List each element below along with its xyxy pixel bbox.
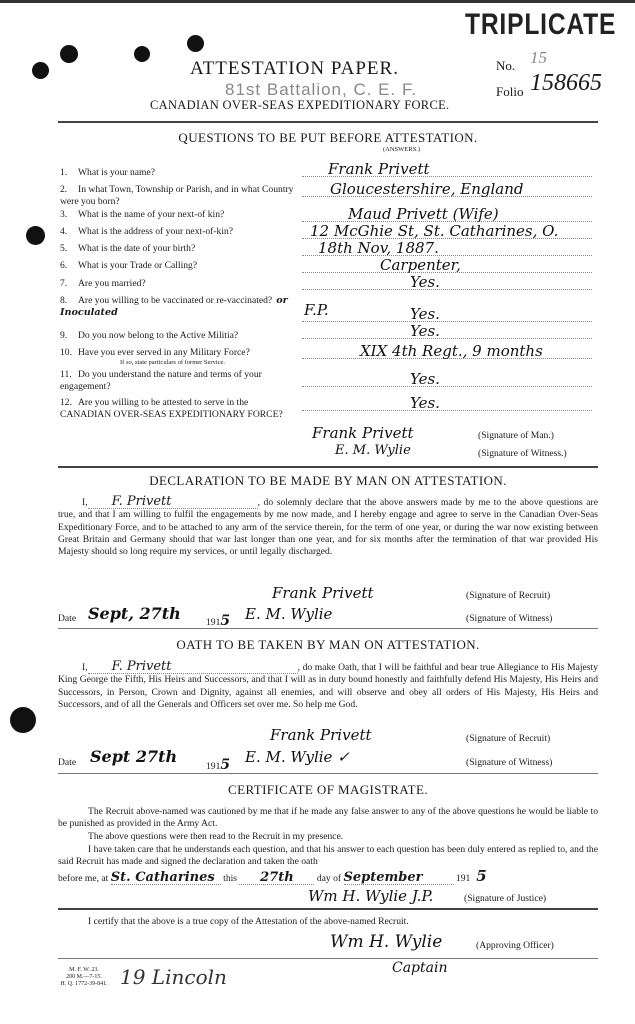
oath-signature-witness: E. M. Wylie ✓ (245, 748, 350, 766)
question-item: 3.What is the name of your next-of kin? (60, 209, 300, 221)
answer-line (302, 338, 592, 339)
answer-line (302, 321, 592, 322)
magistrate-para1: The Recruit above-named was cautioned by… (58, 806, 598, 831)
question-item: 8.Are you willing to be vaccinated or re… (60, 295, 300, 319)
declaration-heading: DECLARATION TO BE MADE BY MAN ON ATTESTA… (58, 473, 598, 489)
question-answer: Gloucestershire, England (330, 180, 523, 198)
year-prefix: 191 (206, 761, 220, 772)
question-number: 4. (60, 226, 78, 238)
question-item: 11.Do you understand the nature and term… (60, 369, 300, 393)
oath-year: 1915 (206, 757, 230, 773)
question-text: Do you understand the nature and terms o… (60, 369, 262, 392)
form-codes: M. F. W. 23. 200 M.—7-15. H. Q. 1772-39-… (52, 967, 116, 988)
question-item: 12.Are you willing to be attested to ser… (60, 397, 300, 421)
folio-value: 158665 (530, 70, 602, 97)
question-text: What is the address of your next-of-kin? (78, 226, 233, 237)
declaration-text: I,F. Privett, do solemnly declare that t… (58, 496, 598, 558)
question-item: 9.Do you now belong to the Active Militi… (60, 330, 300, 342)
section-divider (58, 958, 598, 959)
question-answer: XIX 4th Regt., 9 months (360, 342, 543, 360)
declaration-signature-witness-label: (Signature of Witness) (466, 613, 552, 624)
document-title: ATTESTATION PAPER. (190, 58, 399, 80)
punch-hole (134, 46, 150, 62)
question-answer: Yes. (410, 322, 440, 340)
question-text: What is your Trade or Calling? (78, 260, 197, 271)
magistrate-day: 27th (239, 872, 314, 885)
question-text: What is your name? (78, 167, 155, 178)
question-number: 12. (60, 397, 78, 409)
year-prefix: 191 (206, 617, 220, 628)
signature-of-witness-label: (Signature of Witness.) (478, 448, 567, 459)
question-answer: Yes. (410, 370, 440, 388)
document-subtitle: CANADIAN OVER-SEAS EXPEDITIONARY FORCE. (150, 98, 449, 113)
signature-of-man: Frank Privett (312, 424, 414, 442)
battalion-stamp: 81st Battalion, C. E. F. (225, 80, 417, 100)
question-number: 6. (60, 260, 78, 272)
number-label: No. (496, 58, 515, 74)
question-number: 1. (60, 167, 78, 179)
declaration-date-label: Date (58, 613, 76, 624)
year-suffix: 5 (476, 867, 486, 885)
oath-signature-witness-label: (Signature of Witness) (466, 757, 552, 768)
form-code: H. Q. 1772-39-841. (52, 981, 116, 988)
question-text: Are you married? (78, 278, 146, 289)
answers-heading: (ANSWERS.) (383, 146, 420, 153)
section-divider (58, 628, 598, 629)
before-me-label: before me, at (58, 873, 108, 884)
question-answer: Maud Privett (Wife) (348, 205, 499, 223)
declaration-signature-recruit: Frank Privett (272, 584, 374, 602)
form-code: 200 M.—7-15. (52, 974, 116, 981)
scan-top-edge (0, 0, 635, 3)
question-answer: 18th Nov, 1887. (318, 239, 439, 257)
question-answer: Yes. (410, 394, 440, 412)
section-divider (58, 466, 598, 468)
folio-label: Folio (496, 84, 523, 100)
question-answer: Carpenter, (380, 256, 461, 274)
signature-of-justice-label: (Signature of Justice) (464, 893, 546, 904)
oath-date-label: Date (58, 757, 76, 768)
oath-heading: OATH TO BE TAKEN BY MAN ON ATTESTATION. (58, 637, 598, 653)
question-answer: Frank Privett (328, 160, 430, 178)
declaration-date-value: Sept, 27th (88, 604, 181, 623)
question-number: 5. (60, 243, 78, 255)
question-text: Are you willing to be attested to serve … (60, 397, 283, 420)
question-text: Are you willing to be vaccinated or re-v… (78, 295, 272, 306)
question-item: 4.What is the address of your next-of-ki… (60, 226, 300, 238)
punch-hole (32, 62, 49, 79)
magistrate-heading: CERTIFICATE OF MAGISTRATE. (58, 782, 598, 798)
question-answer: 12 McGhie St, St. Catharines, O. (310, 222, 558, 240)
declaration-year: 1915 (206, 613, 230, 629)
approving-officer-label: (Approving Officer) (476, 940, 554, 951)
magistrate-place: St. Catharines (111, 872, 221, 885)
question-number: 9. (60, 330, 78, 342)
number-value: 15 (530, 48, 547, 68)
question-text: Have you ever served in any Military For… (78, 347, 250, 358)
question-text: What is the name of your next-of kin? (78, 209, 224, 220)
question-number: 11. (60, 369, 78, 381)
question-number: 3. (60, 209, 78, 221)
signature-of-witness: E. M. Wylie (335, 443, 411, 458)
answer-line (302, 410, 592, 411)
magistrate-month: September (344, 872, 454, 885)
question-answer: Yes. (410, 273, 440, 291)
question-item: 2.In what Town, Township or Parish, and … (60, 184, 300, 208)
question-number: 10. (60, 347, 78, 359)
punch-hole (60, 45, 78, 63)
certification-text: I certify that the above is a true copy … (88, 916, 409, 927)
section-divider (58, 773, 598, 774)
form-code: M. F. W. 23. (52, 967, 116, 974)
answer-line (302, 289, 592, 290)
punch-hole (187, 35, 204, 52)
year-suffix: 5 (220, 613, 230, 629)
signature-of-justice: Wm H. Wylie J.P. (308, 887, 433, 905)
triplicate-stamp: TRIPLICATE (465, 8, 616, 42)
handwritten-note: 19 Lincoln (120, 965, 227, 989)
punch-hole (10, 707, 36, 733)
questions-heading: QUESTIONS TO BE PUT BEFORE ATTESTATION. (58, 130, 598, 146)
question-number: 7. (60, 278, 78, 290)
declaration-name-fill: F. Privett (88, 496, 258, 509)
question-item: 7.Are you married? (60, 278, 300, 290)
question-number: 8. (60, 295, 78, 307)
magistrate-para3: I have taken care that he understands ea… (58, 844, 598, 869)
oath-date-value: Sept 27th (90, 747, 177, 766)
question-number: 2. (60, 184, 78, 196)
year-prefix: 191 (456, 873, 470, 884)
oath-signature-recruit: Frank Privett (270, 726, 372, 744)
day-of-label: day of (317, 873, 341, 884)
question-item: 1.What is your name? (60, 167, 300, 179)
question-answer: Yes. (410, 305, 440, 323)
question-item: 6.What is your Trade or Calling? (60, 260, 300, 272)
question-subnote: If so, state particulars of former Servi… (60, 359, 300, 367)
oath-signature-recruit-label: (Signature of Recruit) (466, 733, 550, 744)
approving-officer-signature: Wm H. Wylie (330, 932, 442, 952)
year-suffix: 5 (220, 757, 230, 773)
punch-hole (26, 226, 45, 245)
declaration-signature-witness: E. M. Wylie (245, 605, 332, 623)
oath-text: I,F. Privett, do make Oath, that I will … (58, 661, 598, 711)
this-label: this (223, 873, 237, 884)
question-text: In what Town, Township or Parish, and in… (60, 184, 293, 207)
oath-name-fill: F. Privett (88, 661, 298, 674)
section-divider (58, 908, 598, 910)
question-text: What is the date of your birth? (78, 243, 195, 254)
officer-rank: Captain (392, 960, 448, 976)
question-initials: F.P. (304, 301, 329, 319)
magistrate-before-line: before me, at St. Catharines this 27th d… (58, 870, 598, 885)
question-item: 5.What is the date of your birth? (60, 243, 300, 255)
signature-of-man-label: (Signature of Man.) (478, 430, 554, 441)
answer-line (302, 386, 592, 387)
question-item: 10.Have you ever served in any Military … (60, 347, 300, 367)
declaration-signature-recruit-label: (Signature of Recruit) (466, 590, 550, 601)
section-divider (58, 121, 598, 123)
question-text: Do you now belong to the Active Militia? (78, 330, 238, 341)
magistrate-para2: The above questions were then read to th… (58, 831, 598, 843)
